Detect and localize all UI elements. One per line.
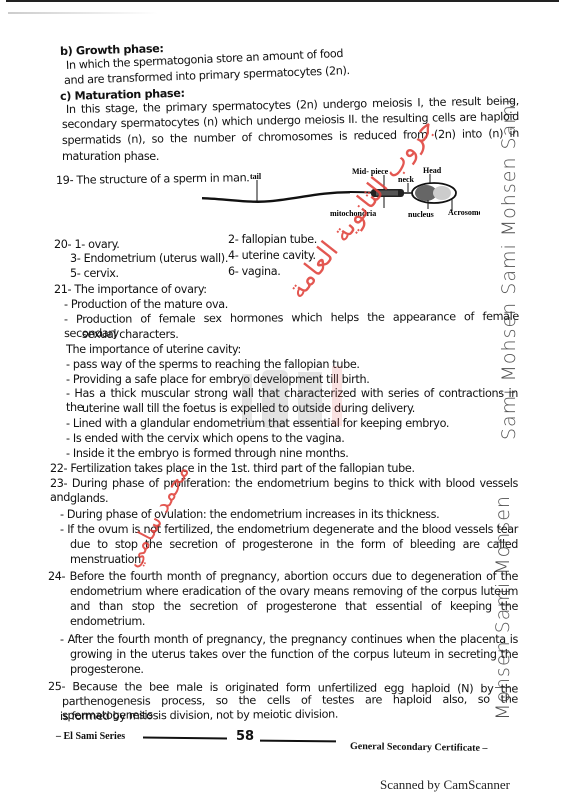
uterine-cavity-heading: The importance of uterine cavity: [66,343,241,357]
uterine-point: - Providing a safe place for embryo deve… [66,373,369,387]
sperm-structure-diagram: tail Mid- piece neck Head mitochondria n… [190,165,480,220]
q20-item: 2- fallopian tube. [228,233,317,247]
uterine-point: uterine wall till the foetus is expelled… [82,402,415,416]
q20-item: 4- uterine cavity. [228,249,316,263]
question-24-line: endometrium. [70,615,145,629]
question-23-line: menstruation. [70,553,144,567]
label-acrosome: Acrosome [448,208,480,217]
maturation-phase-line: maturation phase. [62,150,159,164]
uterine-point: - Is ended with the cervix which opens t… [66,432,344,446]
q20-item: 5- cervix. [70,267,119,281]
label-mid-piece: Mid- piece [352,167,389,176]
question-24-line: growing in the uterus takes over the fun… [70,648,518,662]
footer-rule-right [260,740,336,742]
q20-prefix: 20- [54,238,71,251]
label-nucleus: nucleus [408,210,434,219]
label-mitochondria: mitochondria [330,209,376,218]
label-head: Head [423,166,442,175]
footer-rule-left [143,737,227,739]
document-page: b) Growth phase: In which the spermatogo… [0,0,565,800]
uterine-point: - pass way of the sperms to reaching the… [66,358,360,372]
footer-page-number: 58 [236,730,254,744]
question-23-line: due to stop the secretion of progesteron… [70,538,518,552]
question-24-line: 24- Before the fourth month of pregnancy… [48,570,518,584]
question-24-line: progesterone. [70,663,144,677]
question-20-prefix: 20- 1- ovary. [54,238,120,252]
question-23-line: - If the ovum is not fertilized, the end… [60,523,518,537]
question-22: 22- Fertilization takes place in the 1st… [50,462,415,476]
q20-item: 3- Endometrium (uterus wall). [70,252,228,266]
scan-artifact [8,12,158,14]
question-23-line: - During phase of ovulation: the endomet… [60,508,439,522]
footer-series: – El Sami Series [56,730,125,744]
question-21-heading: 21- The importance of ovary: [54,283,207,297]
ovary-point: sexual characters. [82,328,178,342]
label-neck: neck [398,175,415,184]
ovary-point: - Production of the mature ova. [64,298,228,312]
footer-certificate: General Secondary Certificate – [350,740,488,756]
question-25-line: is formed by mitosis division, not by me… [60,708,338,724]
question-24-line: - After the fourth month of pregnancy, t… [60,633,518,647]
uterine-point: - Lined with a glandular endometrium tha… [66,417,449,431]
scan-top-border [6,0,559,2]
uterine-point: - Inside it the embryo is formed through… [66,447,348,461]
question-24-line: and than stop the secretion of progester… [70,600,518,614]
q20-item: 6- vagina. [228,265,280,279]
label-tail: tail [250,172,262,181]
question-23-line: 23- During phase of proliferation: the e… [50,477,518,505]
camscanner-mark: Scanned by CamScanner [380,777,510,793]
q20-item: 1- ovary. [74,238,119,251]
question-23-line: glands. [70,492,108,506]
question-24-line: endometrium where eradication of the ova… [70,585,518,599]
